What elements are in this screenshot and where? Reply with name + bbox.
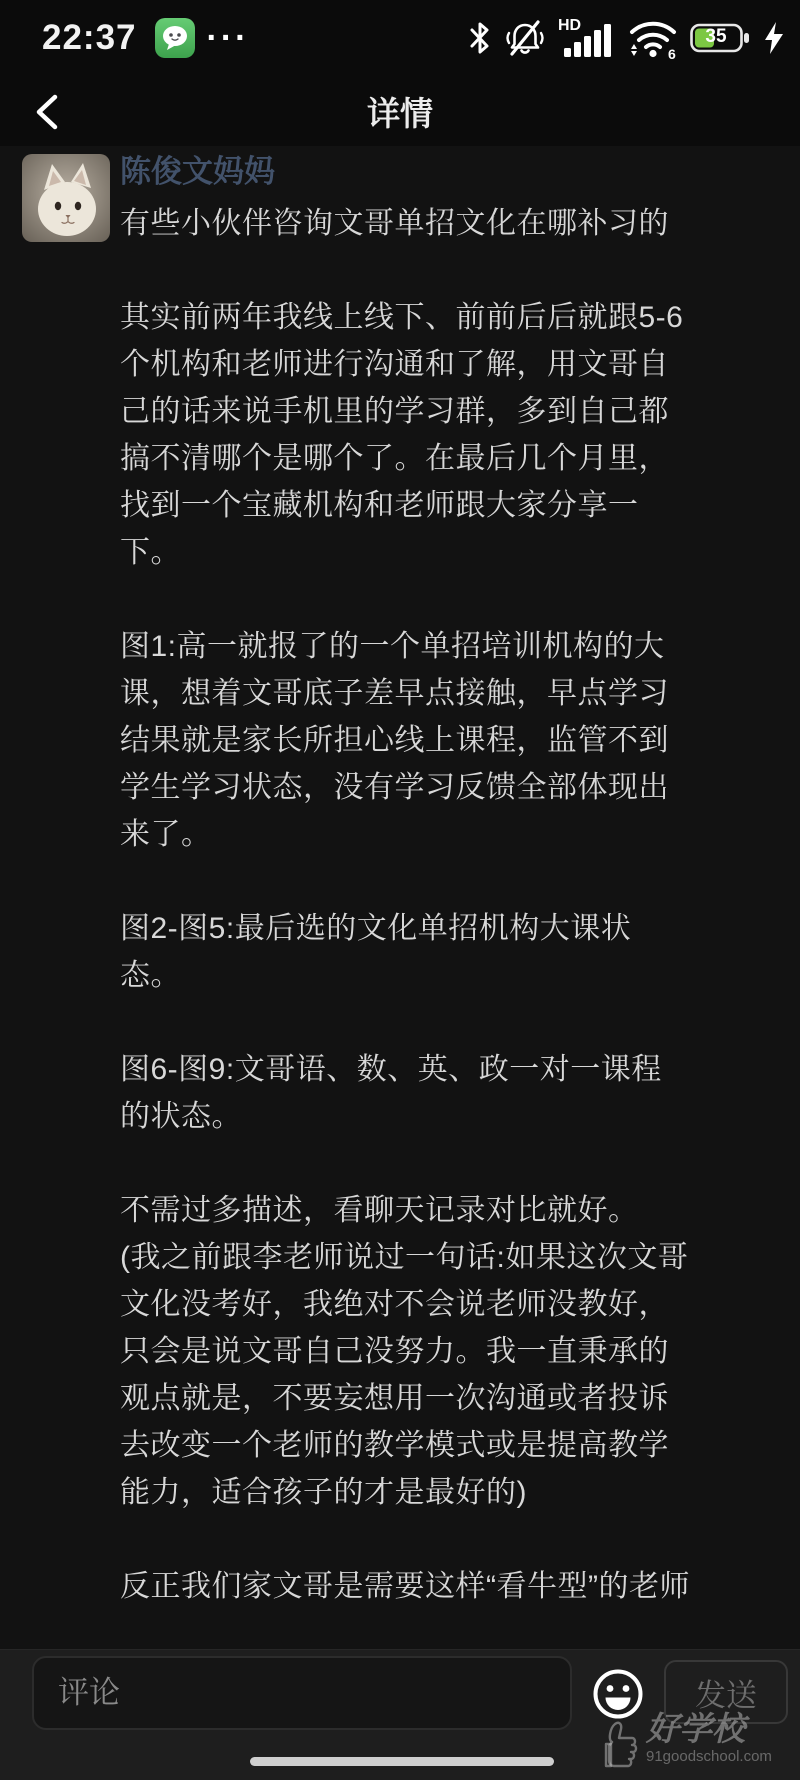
post-paragraph: 图1:高一就报了的一个单招培训机构的大课，想着文哥底子差早点接触，早点学习结果就… <box>120 623 692 858</box>
send-button[interactable]: 发送 <box>664 1660 788 1724</box>
bluetooth-icon <box>468 19 492 57</box>
post-author-name[interactable]: 陈俊文妈妈 <box>120 146 800 190</box>
status-bar: 22:37 ··· <box>0 0 800 76</box>
emoji-button[interactable] <box>591 1667 645 1721</box>
post-paragraph: 其实前两年我线上线下、前前后后就跟5-6个机构和老师进行沟通和了解，用文哥自己的… <box>120 294 692 576</box>
avatar[interactable] <box>22 154 110 242</box>
messenger-app-icon <box>155 18 195 58</box>
smiley-icon <box>591 1667 645 1721</box>
post-paragraph: 有些小伙伴咨询文哥单招文化在哪补习的 <box>120 200 692 247</box>
post-paragraph: 反正我们家文哥是需要这样“看牛型”的老师 <box>120 1563 692 1610</box>
post-paragraph: 不需过多描述，看聊天记录对比就好。 (我之前跟李老师说过一句话:如果这次文哥文化… <box>120 1187 692 1516</box>
post-paragraph: 图6-图9:文哥语、数、英、政一对一课程的状态。 <box>120 1046 692 1140</box>
svg-text:6: 6 <box>668 46 676 59</box>
back-button[interactable] <box>24 88 68 136</box>
charging-bolt-icon <box>764 21 784 55</box>
status-icons: HD 6 6 <box>468 17 784 59</box>
mute-bell-icon <box>504 18 546 58</box>
nav-bar: 详情 <box>0 76 800 146</box>
post-body: 有些小伙伴咨询文哥单招文化在哪补习的其实前两年我线上线下、前前后后就跟5-6个机… <box>120 200 692 1610</box>
post-detail: 陈俊文妈妈 有些小伙伴咨询文哥单招文化在哪补习的其实前两年我线上线下、前前后后就… <box>0 146 800 1650</box>
notification-more-icon: ··· <box>207 23 250 53</box>
comment-input[interactable] <box>32 1656 572 1730</box>
home-indicator[interactable] <box>250 1757 554 1766</box>
page-title: 详情 <box>367 88 433 135</box>
clock: 22:37 <box>42 18 137 58</box>
battery-percent: 35 <box>690 26 742 48</box>
battery-icon: 35 <box>690 21 752 55</box>
header: 22:37 ··· <box>0 0 800 146</box>
post-paragraph: 图2-图5:最后选的文化单招机构大课状态。 <box>120 905 692 999</box>
cell-signal-icon: HD <box>558 17 616 59</box>
wifi-icon: 6 6 <box>628 17 678 59</box>
